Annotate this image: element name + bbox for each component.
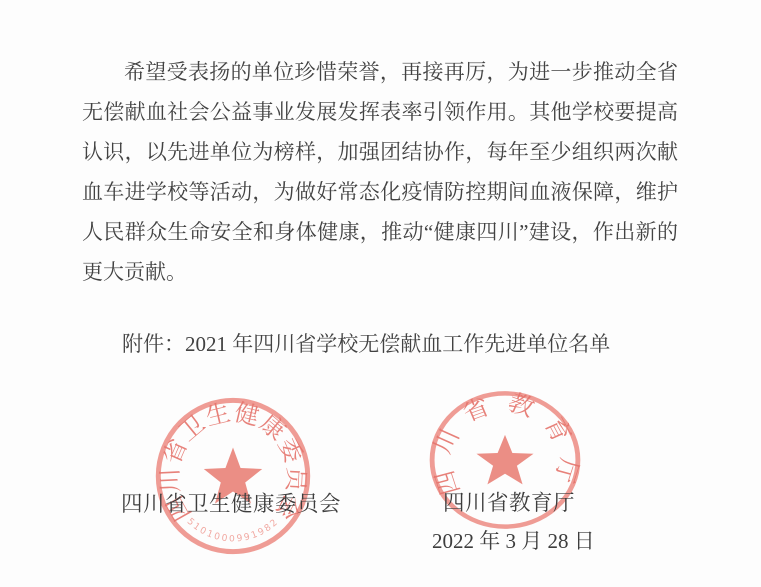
paragraph-line: 无偿献血社会公益事业发展发挥表率引领作用。其他学校要提高 — [82, 92, 678, 132]
body-paragraph: 希望受表扬的单位珍惜荣誉，再接再厉，为进一步推动全省 无偿献血社会公益事业发展发… — [82, 52, 678, 292]
seal-border-circle — [158, 400, 307, 551]
paragraph-line: 更大贡献。 — [82, 252, 678, 292]
paragraph-line: 人民群众生命安全和身体健康，推动“健康四川”建设，作出新的 — [82, 212, 678, 252]
paragraph-line: 认识，以先进单位为榜样，加强团结协作，每年至少组织两次献 — [82, 132, 678, 172]
paragraph-line: 血车进学校等活动，为做好常态化疫情防控期间血液保障，维护 — [82, 172, 678, 212]
attachment-line: 附件：2021 年四川省学校无偿献血工作先进单位名单 — [122, 328, 610, 358]
health-commission-seal: 四川省卫生健康委员会 5101000991982 — [150, 392, 316, 560]
seal-code-label: 5101000991982 — [185, 516, 281, 544]
signature-org-left: 四川省卫生健康委员会 — [121, 487, 341, 518]
document-page: 希望受表扬的单位珍惜荣誉，再接再厉，为进一步推动全省 无偿献血社会公益事业发展发… — [0, 0, 761, 587]
seal-star-icon — [476, 435, 533, 485]
signature-org-right: 四川省教育厅 — [443, 486, 575, 517]
signature-date: 2022 年 3 月 28 日 — [432, 525, 595, 555]
seal-arc-label: 四川省教育厅 — [427, 389, 583, 498]
paragraph-line: 希望受表扬的单位珍惜荣誉，再接再厉，为进一步推动全省 — [82, 52, 678, 92]
